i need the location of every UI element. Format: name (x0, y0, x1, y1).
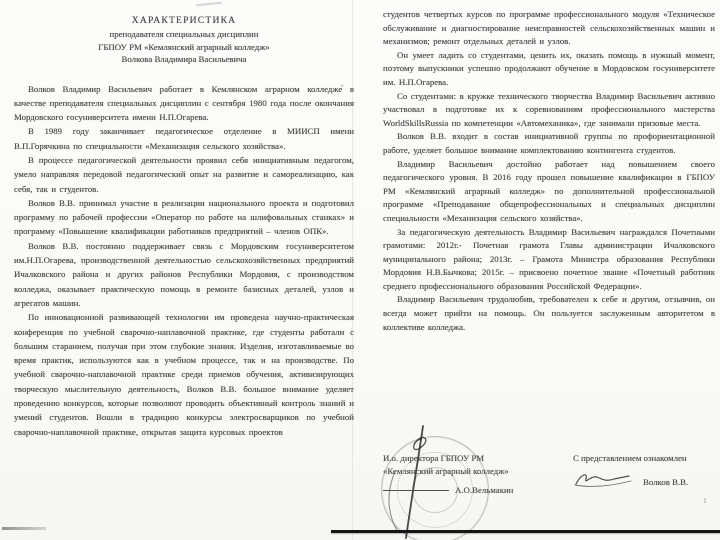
scan-artifact-mark: + (340, 82, 344, 90)
page-fold-line (352, 0, 353, 540)
paragraph: Волков Владимир Васильевич работает в Ке… (14, 82, 354, 125)
paragraph: студентов четвертых курсов по программе … (383, 8, 715, 49)
page-left: ХАРАКТЕРИСТИКА преподавателя специальных… (14, 14, 354, 439)
scanned-document: ХАРАКТЕРИСТИКА преподавателя специальных… (0, 0, 720, 540)
handwritten-signature (573, 471, 635, 489)
paragraph: Волков В.В. постоянно поддерживает связь… (14, 239, 354, 310)
paragraph: Волков В.В. входит в состав инициативной… (383, 130, 715, 157)
signature-left: И.о. директора ГБПОУ РМ «Кемлянский агра… (383, 452, 561, 497)
paragraph: В 1989 году заканчивает педагогическое о… (14, 124, 354, 153)
paragraph: Он умеет ладить со студентами, ценить их… (383, 49, 715, 90)
page-right: студентов четвертых курсов по программе … (383, 8, 715, 538)
paragraph: Со студентами: в кружке технического тво… (383, 90, 715, 131)
signature-line (383, 489, 449, 491)
paragraph: Волков В.В. принимал участие в реализаци… (14, 196, 354, 239)
signature-right-name: Волков В.В. (643, 476, 688, 489)
scan-edge (331, 530, 720, 533)
doc-subtitle-position: преподавателя специальных дисциплин (14, 28, 354, 41)
paragraph: За педагогическую деятельность Владимир … (383, 226, 715, 294)
paragraph: Владимир Васильевич трудолюбив, требоват… (383, 293, 715, 334)
paragraph: Владимир Васильевич достойно работает на… (383, 158, 715, 226)
doc-subtitle-institution: ГБПОУ РМ «Кемлянский аграрный колледж» (14, 41, 354, 54)
doc-subtitle-person: Волкова Владимира Васильевича (14, 53, 354, 66)
document-header: ХАРАКТЕРИСТИКА преподавателя специальных… (14, 14, 354, 66)
doc-title: ХАРАКТЕРИСТИКА (14, 14, 354, 28)
paragraph: В процессе педагогической деятельности п… (14, 153, 354, 196)
signature-right: С представлением ознакомлен Волков В.В. (573, 452, 715, 497)
page-corner-mark: 1 (703, 497, 707, 505)
signature-block: И.о. директора ГБПОУ РМ «Кемлянский агра… (383, 452, 715, 497)
acknowledgement-label: С представлением ознакомлен (573, 452, 715, 465)
signature-left-line2: «Кемлянский аграрный колледж» (383, 465, 561, 478)
scan-smudge-top (196, 2, 222, 7)
scan-smudge-bottom-left (2, 527, 46, 530)
signature-left-line1: И.о. директора ГБПОУ РМ (383, 452, 561, 465)
signature-left-name: А.О.Вельмакин (455, 485, 513, 495)
paragraph: По инновационной развивающей технологии … (14, 310, 354, 439)
